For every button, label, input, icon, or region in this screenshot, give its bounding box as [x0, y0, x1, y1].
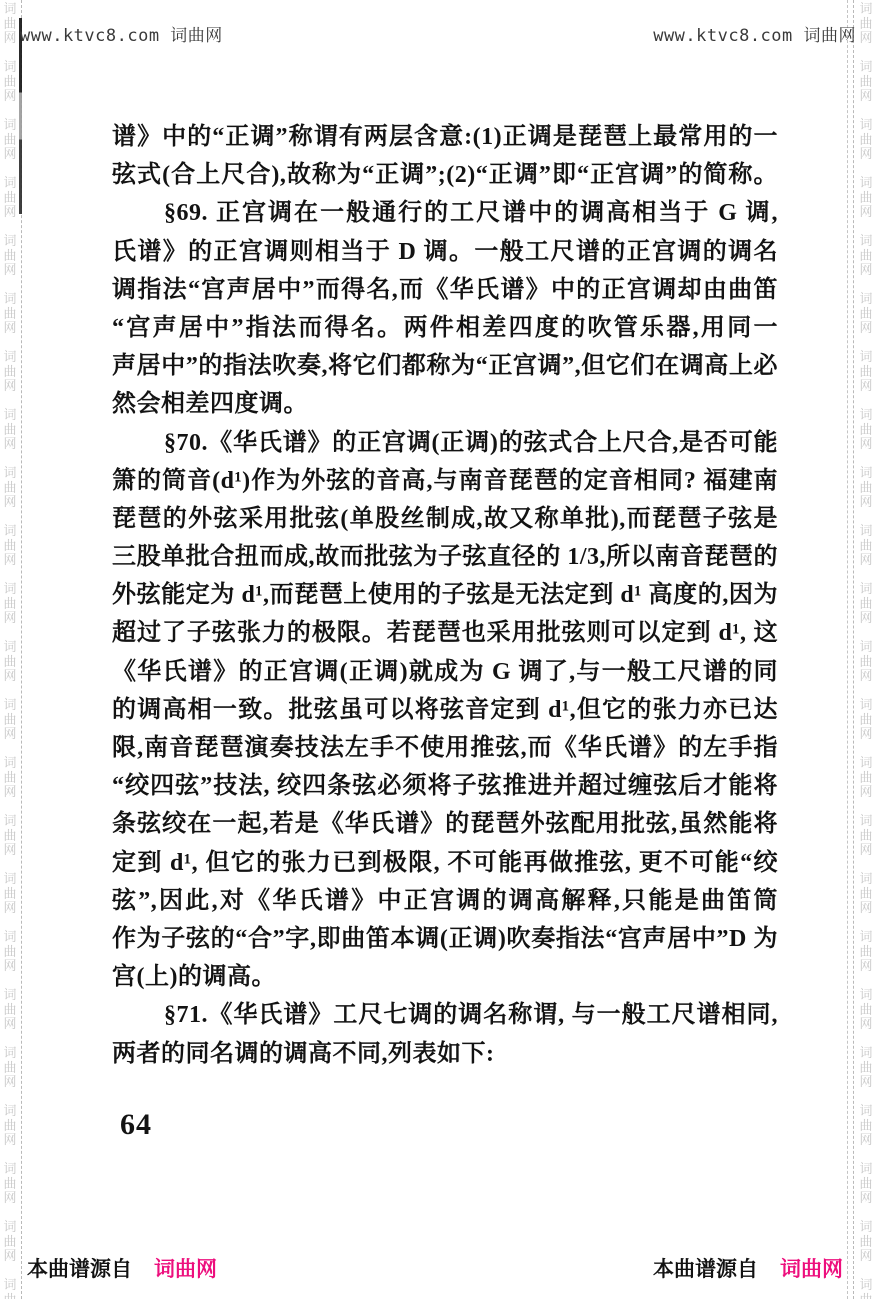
text-line: 然会相差四度调。 [112, 385, 778, 423]
right-watermark-column: 词 曲 网 词 曲 网 词 曲 网 词 曲 网 词 曲 网 词 曲 网 词 曲 … [858, 2, 874, 1299]
scan-border-right-outer [847, 0, 848, 1299]
text-line: 的调高相一致。批弦虽可以将弦音定到 d¹,但它的张力亦已达到极 [112, 691, 778, 729]
text-line: §69. 正宫调在一般通行的工尺谱中的调高相当于 G 调,《华 [112, 194, 778, 232]
text-line: 氏谱》的正宫调则相当于 D 调。一般工尺谱的正宫调的调名由箫本 [112, 233, 778, 271]
text-line: “宫声居中”指法而得名。两件相差四度的吹管乐器,用同一种“宫 [112, 309, 778, 347]
text-line: 调指法“宫声居中”而得名,而《华氏谱》中的正宫调却由曲笛本调 [112, 271, 778, 309]
watermark-top-right: www.ktvc8.com 词曲网 [653, 21, 856, 46]
text-line: 箫的筒音(d¹)作为外弦的音高,与南音琵琶的定音相同? 福建南音 [112, 462, 778, 500]
text-line: 弦”,因此,对《华氏谱》中正宫调的调高解释,只能是曲笛筒音“a” [112, 882, 778, 920]
text-line: 条弦绞在一起,若是《华氏谱》的琵琶外弦配用批弦,虽然能将弦音 [112, 805, 778, 843]
text-line: 琵琶的外弦采用批弦(单股丝制成,故又称单批),而琵琶子弦是由 [112, 500, 778, 538]
footer-left: 本曲谱源自词曲网 [27, 1253, 217, 1283]
text-line: §71.《华氏谱》工尺七调的调名称谓, 与一般工尺谱相同,惟 [112, 996, 778, 1034]
text-line: 声居中”的指法吹奏,将它们都称为“正宫调”,但它们在调高上必 [112, 347, 778, 385]
footer-source-label: 本曲谱源自 [27, 1258, 132, 1281]
footer-source-label: 本曲谱源自 [653, 1258, 758, 1281]
text-line: 外弦能定为 d¹,而琵琶上使用的子弦是无法定到 d¹ 高度的,因为 d¹ [112, 576, 778, 614]
text-line: §70.《华氏谱》的正宫调(正调)的弦式合上尺合,是否可能以 [112, 424, 778, 462]
text-line: 三股单批合扭而成,故而批弦为子弦直径的 1/3,所以南音琵琶的 [112, 538, 778, 576]
footer-right: 本曲谱源自词曲网 [653, 1253, 843, 1283]
text-line: 谱》中的“正调”称谓有两层含意:(1)正调是琵琶上最常用的一种 [112, 118, 778, 156]
document-text-block: 谱》中的“正调”称谓有两层含意:(1)正调是琵琶上最常用的一种弦式(合上尺合),… [112, 118, 778, 1073]
scanned-book-page: { "watermarks": { "top_left": "www.ktvc8… [0, 0, 881, 1299]
footer-site-label: 词曲网 [780, 1258, 843, 1281]
scan-border-right-inner [853, 0, 854, 1299]
text-line: 《华氏谱》的正宫调(正调)就成为 G 调了,与一般工尺谱的同调名 [112, 653, 778, 691]
text-line: 定到 d¹, 但它的张力已到极限, 不可能再做推弦, 更不可能“绞四 [112, 844, 778, 882]
text-line: “绞四弦”技法, 绞四条弦必须将子弦推进并超过缠弦后才能将四 [112, 767, 778, 805]
left-watermark-column: 词 曲 网 词 曲 网 词 曲 网 词 曲 网 词 曲 网 词 曲 网 词 曲 … [2, 2, 18, 1299]
text-line: 两者的同名调的调高不同,列表如下: [112, 1035, 778, 1073]
text-line: 宫(上)的调高。 [112, 958, 778, 996]
text-line: 作为子弦的“合”字,即曲笛本调(正调)吹奏指法“宫声居中”D 为 [112, 920, 778, 958]
footer-site-label: 词曲网 [154, 1258, 217, 1281]
watermark-top-left: www.ktvc8.com 词曲网 [20, 21, 223, 46]
text-line: 限,南音琵琶演奏技法左手不使用推弦,而《华氏谱》的左手指法有 [112, 729, 778, 767]
text-line: 弦式(合上尺合),故称为“正调”;(2)“正调”即“正宫调”的简称。 [112, 156, 778, 194]
page-number: 64 [120, 1108, 152, 1142]
scan-artifact-streak [19, 18, 22, 214]
text-line: 超过了子弦张力的极限。若琵琶也采用批弦则可以定到 d¹, 这样 [112, 614, 778, 652]
